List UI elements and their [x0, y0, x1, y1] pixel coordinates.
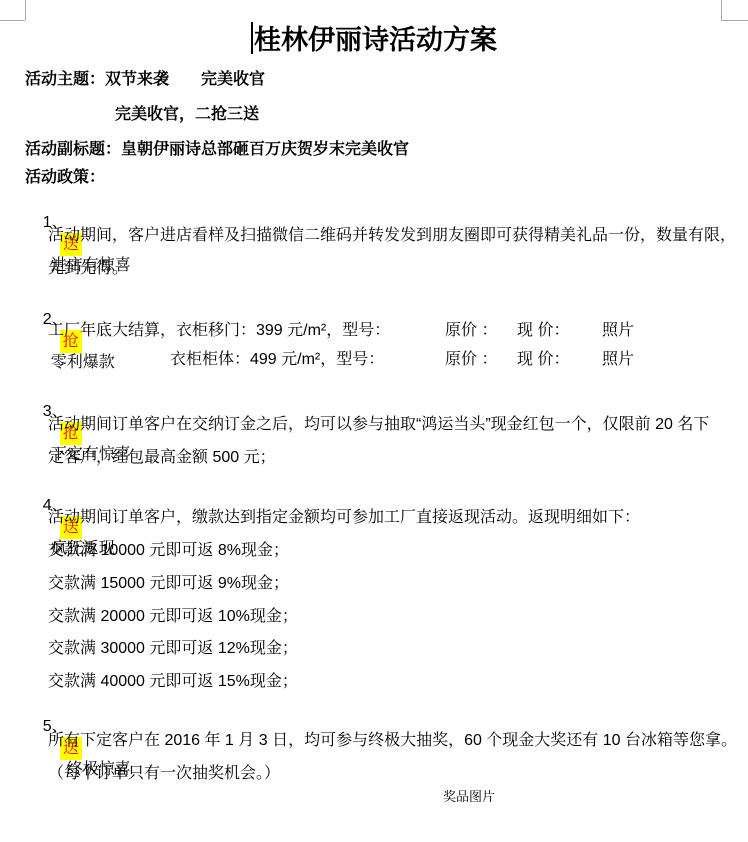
subtitle-line: 活动副标题：皇朝伊丽诗总部砸百万庆贺岁末完美收官 — [25, 140, 409, 160]
rebate-tier-line: 交款满 30000 元即可返 12%现金； — [48, 639, 298, 659]
original-price-label: 原价 ： — [445, 350, 497, 370]
prize-image-caption: 奖品图片 — [443, 786, 495, 805]
margin-mark-top-right-vertical — [721, 0, 722, 20]
page-title-text: 桂林伊丽诗活动方案 — [254, 25, 497, 55]
item-1-body-line: 活动期间，客户进店看样及扫描微信二维码并转发发到朋友圈即可获得精美礼品一份，数量… — [48, 226, 736, 246]
rebate-tier-line: 交款满 15000 元即可返 9%现金； — [48, 574, 289, 594]
theme-line-2: 完美收官，二抢三送 — [115, 105, 259, 125]
rebate-tier-line: 交款满 10000 元即可返 8%现金； — [48, 541, 289, 561]
page-title: 桂林伊丽诗活动方案 — [0, 22, 748, 58]
photo-label: 照片 — [602, 350, 634, 370]
rebate-tier-line: 交款满 40000 元即可返 15%现金； — [48, 672, 298, 692]
item-5-body-line: 所有下定客户在 2016 年 1 月 3 日，均可参与终极大抽奖，60 个现金大… — [48, 731, 737, 751]
rebate-tier-line: 交款满 20000 元即可返 10%现金； — [48, 607, 298, 627]
margin-mark-top-right-horizontal — [721, 20, 748, 21]
photo-label: 照片 — [602, 321, 634, 341]
current-price-label: 现 价： — [517, 321, 569, 341]
price-row-lead: 衣柜柜体：499 元/m²，型号： — [170, 350, 384, 370]
item-3-body-line: 活动期间订单客户在交纳订金之后，均可以参与抽取“鸿运当头”现金红包一个，仅限前 … — [48, 415, 709, 435]
original-price-label: 原价 ： — [445, 321, 497, 341]
margin-mark-top-left-horizontal — [0, 20, 25, 21]
theme-line: 活动主题：双节来袭 完美收官 — [25, 70, 265, 90]
item-3-body-line: 定客户，红包最高金额 500 元； — [48, 448, 276, 468]
item-5-body-line: （每个订单只有一次抽奖机会。） — [48, 764, 280, 784]
document-page[interactable]: 桂林伊丽诗活动方案 活动主题：双节来袭 完美收官 完美收官，二抢三送 活动副标题… — [0, 0, 748, 842]
margin-mark-top-left-vertical — [25, 0, 26, 20]
price-row-lead: 工厂年底大结算，衣柜移门：399 元/m²，型号： — [48, 321, 390, 341]
policy-label: 活动政策： — [25, 168, 105, 188]
current-price-label: 现 价： — [517, 350, 569, 370]
item-4-body-line: 活动期间订单客户，缴款达到指定金额均可参加工厂直接返现活动。返现明细如下： — [48, 508, 640, 528]
item-1-body-line: 先到先得。 — [48, 259, 128, 279]
text-cursor — [251, 22, 253, 54]
